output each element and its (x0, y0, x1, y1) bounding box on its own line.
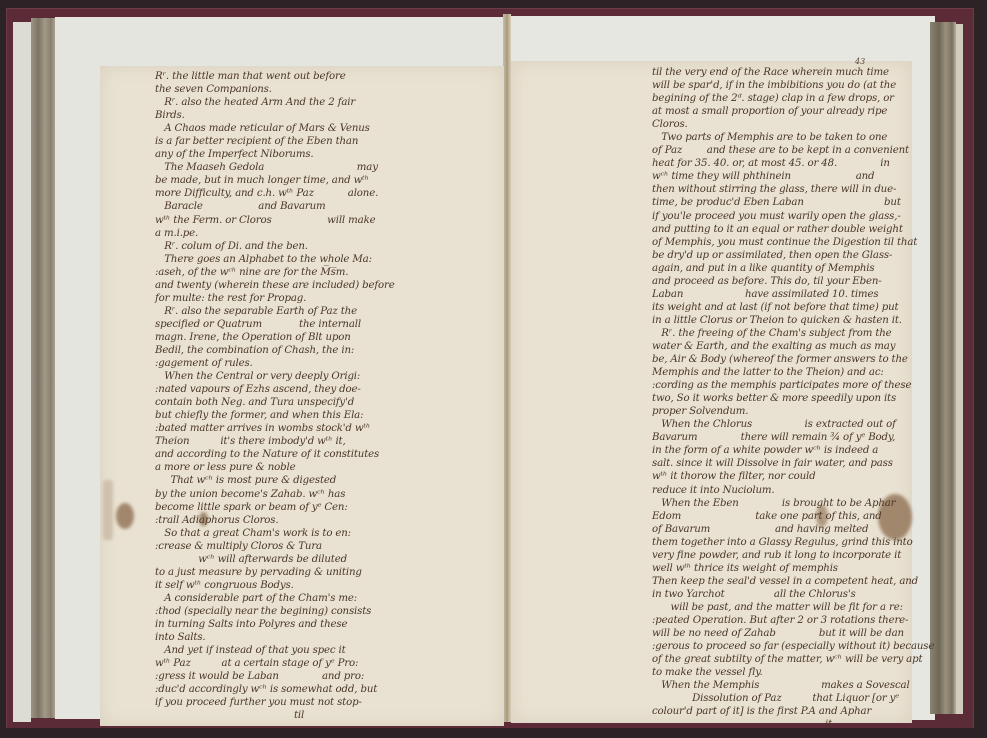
manuscript-line: :nated vapours of Ezhs ascend, they doe- (155, 383, 395, 396)
manuscript-line: be, Air & Body (whereof the former answe… (652, 353, 934, 366)
manuscript-line: :duc'd accordingly wᶜʰ is somewhat odd, … (155, 683, 395, 696)
background-band (0, 728, 987, 738)
manuscript-line: if you'le proceed you must warily open t… (652, 210, 934, 223)
manuscript-line: A considerable part of the Cham's me: (155, 592, 395, 605)
manuscript-line: Two parts of Memphis are to be taken to … (652, 131, 934, 144)
manuscript-line: a m.i.pe. (155, 227, 395, 240)
left-page-stack-edge (31, 18, 56, 718)
manuscript-line: water & Earth, and the exalting as much … (652, 340, 934, 353)
manuscript-line: til (155, 709, 395, 722)
manuscript-line: Rʳ. the freeing of the Cham's subject fr… (652, 327, 934, 340)
manuscript-line: in two Yarchot all the Chlorus's (652, 588, 934, 601)
manuscript-line: :cording as the memphis participates mor… (652, 379, 934, 392)
manuscript-line: will be spar'd, if in the imbibitions yo… (652, 79, 934, 92)
manuscript-line: again, and put in a like quantity of Mem… (652, 262, 934, 275)
manuscript-line: and proceed as before. This do, til your… (652, 275, 934, 288)
manuscript-line: but chiefly the former, and when this El… (155, 409, 395, 422)
manuscript-line: Baracle and Bavarum (155, 200, 395, 213)
manuscript-line: proper Solvendum. (652, 405, 934, 418)
manuscript-line: contain both Neg. and Tura unspecify'd (155, 396, 395, 409)
manuscript-line: of Memphis, you must continue the Digest… (652, 236, 934, 249)
manuscript-line: then without stirring the glass, there w… (652, 183, 934, 196)
manuscript-line: When the Eben is brought to be Aphar (652, 497, 934, 510)
manuscript-line: And yet if instead of that you spec it (155, 644, 395, 657)
manuscript-line: and according to the Nature of it consti… (155, 448, 395, 461)
manuscript-line: Bedil, the combination of Chash, the in: (155, 344, 395, 357)
manuscript-line: specified or Quatrum the internall (155, 318, 395, 331)
manuscript-line: Rʳ. the little man that went out before (155, 70, 395, 83)
manuscript-line: is a far better recipient of the Eben th… (155, 135, 395, 148)
manuscript-line: in the form of a white powder wᶜʰ is ind… (652, 444, 934, 457)
manuscript-line: into Salts. (155, 631, 395, 644)
manuscript-line: well wᵗʰ thrice its weight of memphis (652, 562, 934, 575)
manuscript-line: Rʳ. colum of Di. and the ben. (155, 240, 395, 253)
manuscript-line: it self wᵗʰ congruous Bodys. (155, 579, 395, 592)
manuscript-line: wᵗʰ Paz at a certain stage of yᵉ Pro: (155, 657, 395, 670)
manuscript-line: So that a great Cham's work is to en: (155, 527, 395, 540)
manuscript-line: wᶜʰ time they will phthinein and (652, 170, 934, 183)
manuscript-line: more Difficulty, and c.h. wᵗʰ Paz alone. (155, 187, 395, 200)
manuscript-line: time, be produc'd Eben Laban but (652, 196, 934, 209)
manuscript-line: of Paz and these are to be kept in a con… (652, 144, 934, 157)
manuscript-line: Laban have assimilated 10. times (652, 288, 934, 301)
manuscript-line: be made, but in much longer time, and wᵗ… (155, 174, 395, 187)
manuscript-line: for multe: the rest for Propag. (155, 292, 395, 305)
manuscript-line: The Maaseh Gedola may (155, 161, 395, 174)
left-flyleaf-edge (13, 22, 31, 722)
manuscript-line: to make the vessel fly. (652, 666, 934, 679)
manuscript-line: Birds. (155, 109, 395, 122)
manuscript-line: by the union become's Zahab. wᶜʰ has (155, 488, 395, 501)
book-gutter (503, 14, 511, 722)
manuscript-line: Rʳ. also the separable Earth of Paz the (155, 305, 395, 318)
manuscript-line: will be past, and the matter will be fit… (652, 601, 934, 614)
manuscript-line: any of the Imperfect Niborums. (155, 148, 395, 161)
manuscript-line: :bated matter arrives in wombs stock'd w… (155, 422, 395, 435)
manuscript-line: salt. since it will Dissolve in fair wat… (652, 457, 934, 470)
right-flyleaf-edge (956, 24, 963, 714)
manuscript-line: :trall Adiaphorus Cloros. (155, 514, 395, 527)
manuscript-line: That wᶜʰ is most pure & digested (155, 474, 395, 487)
manuscript-line: wᵗʰ the Ferm. or Cloros will make (155, 214, 395, 227)
manuscript-line: begining of the 2ᵈ. stage) clap in a few… (652, 92, 934, 105)
manuscript-line: There goes an Alphabet to the whole Ma: (155, 253, 395, 266)
manuscript-line: of Bavarum and having melted (652, 523, 934, 536)
ink-stain (116, 503, 134, 529)
manuscript-line: A Chaos made reticular of Mars & Venus (155, 122, 395, 135)
manuscript-line: in turning Salts into Polyres and these (155, 618, 395, 631)
manuscript-line: :gagement of rules. (155, 357, 395, 370)
manuscript-line: the seven Companions. (155, 83, 395, 96)
manuscript-line: :gerous to proceed so far (especially wi… (652, 640, 934, 653)
manuscript-line: Theion it's there imbody'd wᵗʰ it, (155, 435, 395, 448)
manuscript-line: Memphis and the latter to the Theion) an… (652, 366, 934, 379)
manuscript-line: heat for 35. 40. or, at most 45. or 48. … (652, 157, 934, 170)
manuscript-line: :thod (specially near the begining) cons… (155, 605, 395, 618)
manuscript-line: Then keep the seal'd vessel in a compete… (652, 575, 934, 588)
manuscript-line: :gress it would be Laban and pro: (155, 670, 395, 683)
manuscript-line: if you proceed further you must not stop… (155, 696, 395, 709)
manuscript-line: magn. Irene, the Operation of Blt upon (155, 331, 395, 344)
manuscript-line: reduce it into Nuciolum. (652, 484, 934, 497)
manuscript-line: :crease & multiply Cloros & Tura (155, 540, 395, 553)
manuscript-line: Rʳ. also the heated Arm And the 2 fair (155, 96, 395, 109)
manuscript-line: its weight and at last (if not before th… (652, 301, 934, 314)
manuscript-line: of the great subtilty of the matter, wᶜʰ… (652, 653, 934, 666)
folio-number: 43 (855, 57, 865, 66)
ink-stain (103, 480, 113, 540)
manuscript-line: become little spark or beam of yᵉ Cen: (155, 501, 395, 514)
manuscript-line: a more or less pure & noble (155, 461, 395, 474)
right-page-text: til the very end of the Race wherein muc… (652, 66, 934, 731)
manuscript-line: very fine powder, and rub it long to inc… (652, 549, 934, 562)
manuscript-line: Bavarum there will remain ¾ of yᵉ Body, (652, 431, 934, 444)
manuscript-line: them together into a Glassy Regulus, gri… (652, 536, 934, 549)
manuscript-line: wᵗʰ it thorow the filter, nor could (652, 470, 934, 483)
manuscript-line: :peated Operation. But after 2 or 3 rota… (652, 614, 934, 627)
left-page-text: Rʳ. the little man that went out beforet… (155, 70, 395, 722)
manuscript-line: be dry'd up or assimilated, then open th… (652, 249, 934, 262)
manuscript-line: Edom take one part of this, and (652, 510, 934, 523)
manuscript-line: Dissolution of Paz that Liquor [or yᵉ (652, 692, 934, 705)
manuscript-line: in a little Clorus or Theion to quicken … (652, 314, 934, 327)
manuscript-line: colour'd part of it] is the first P.A an… (652, 705, 934, 718)
manuscript-line: til the very end of the Race wherein muc… (652, 66, 934, 79)
manuscript-line: wᶜʰ will afterwards be diluted (155, 553, 395, 566)
manuscript-line: and twenty (wherein these are included) … (155, 279, 395, 292)
manuscript-line: When the Chlorus is extracted out of (652, 418, 934, 431)
manuscript-line: When the Memphis makes a Sovescal (652, 679, 934, 692)
manuscript-line: two, So it works better & more speedily … (652, 392, 934, 405)
manuscript-line: will be no need of Zahab but it will be … (652, 627, 934, 640)
manuscript-line: and putting to it an equal or rather dou… (652, 223, 934, 236)
manuscript-line: to a just measure by pervading & uniting (155, 566, 395, 579)
manuscript-line: Cloros. (652, 118, 934, 131)
manuscript-line: When the Central or very deeply Origi: (155, 370, 395, 383)
manuscript-line: at most a small proportion of your alrea… (652, 105, 934, 118)
manuscript-line: :aseh, of the wᶜʰ nine are for the M̅s̅m… (155, 266, 395, 279)
